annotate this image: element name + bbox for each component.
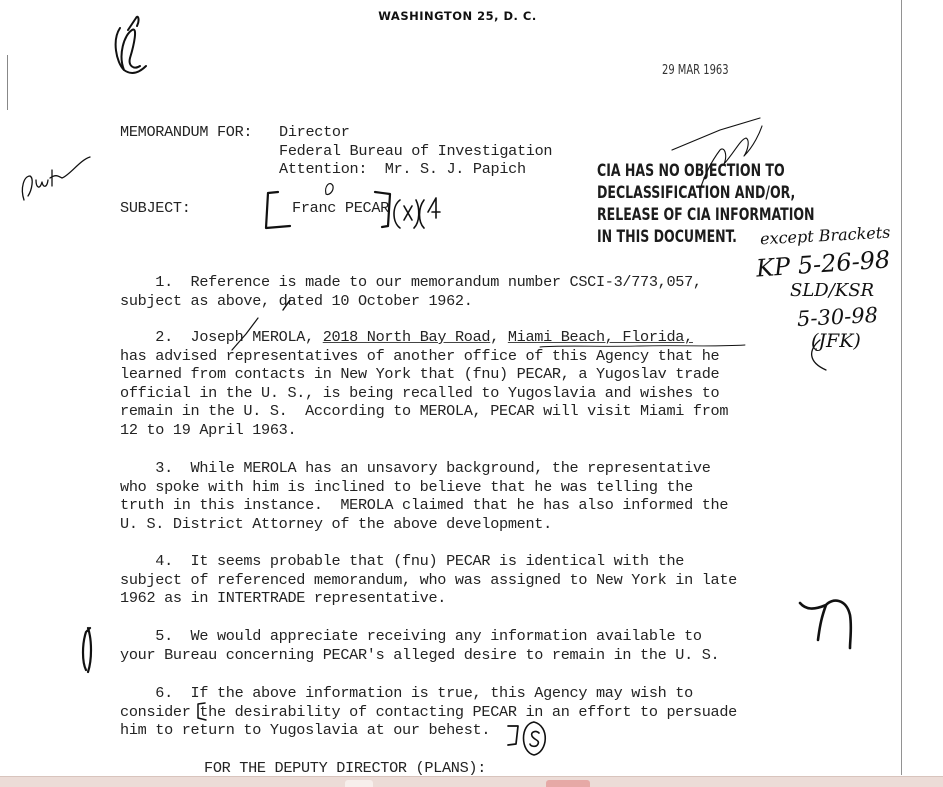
memorandum-recipient: Director Federal Bureau of Investigation… [279, 123, 552, 179]
viewer-bottom-bar [0, 776, 943, 787]
underlined-city: Miami Beach, Florida, [508, 328, 693, 346]
paragraph-2-sep: , [490, 328, 508, 346]
underlined-address: 2018 North Bay Road [323, 328, 490, 346]
viewer-active-tab[interactable] [546, 780, 590, 787]
subject-classification-mark [394, 198, 440, 228]
handwritten-review-2-date: 5-30-98 [796, 303, 878, 331]
scribble-mark [116, 17, 146, 73]
memorandum-for-label: MEMORANDUM FOR: [120, 123, 252, 142]
margin-mark-n [800, 601, 851, 648]
handwritten-review-1: KP 5-26-98 [755, 245, 891, 282]
margin-mark-para5 [83, 628, 91, 672]
signoff: FOR THE DEPUTY DIRECTOR (PLANS): [204, 759, 486, 778]
paragraph-4: 4. It seems probable that (fnu) PECAR is… [120, 552, 737, 608]
subject-superscript-o [326, 184, 334, 195]
paragraph-3: 3. While MEROLA has an unsavory backgrou… [120, 459, 728, 533]
paragraph-2: 2. Joseph MEROLA, 2018 North Bay Road, M… [120, 328, 728, 440]
scan-edge-mark [7, 55, 8, 110]
subject-value: Franc PECAR [278, 199, 389, 218]
page-right-edge [901, 0, 902, 775]
handwritten-collection: (JFK) [811, 330, 861, 352]
handwritten-reviewer-2: SLD/KSR [790, 280, 874, 301]
paragraph-6: 6. If the above information is true, thi… [120, 684, 737, 740]
subject-name: Franc PECAR [278, 199, 389, 217]
paragraph-5: 5. We would appreciate receiving any inf… [120, 627, 719, 664]
viewer-page-tab[interactable] [345, 780, 373, 787]
date-stamp: 29 MAR 1963 [662, 63, 729, 78]
paragraph-1: 1. Reference is made to our memorandum n… [120, 273, 702, 310]
subject-label: SUBJECT: [120, 199, 191, 218]
letterhead: WASHINGTON 25, D. C. [0, 9, 915, 23]
margin-initials-awk [22, 157, 90, 200]
paragraph-2-prefix: 2. Joseph MEROLA, [120, 328, 323, 346]
paragraph-2-body: has advised representatives of another o… [120, 347, 728, 439]
document-page: WASHINGTON 25, D. C. 29 MAR 1963 MEMORAN… [0, 0, 943, 787]
